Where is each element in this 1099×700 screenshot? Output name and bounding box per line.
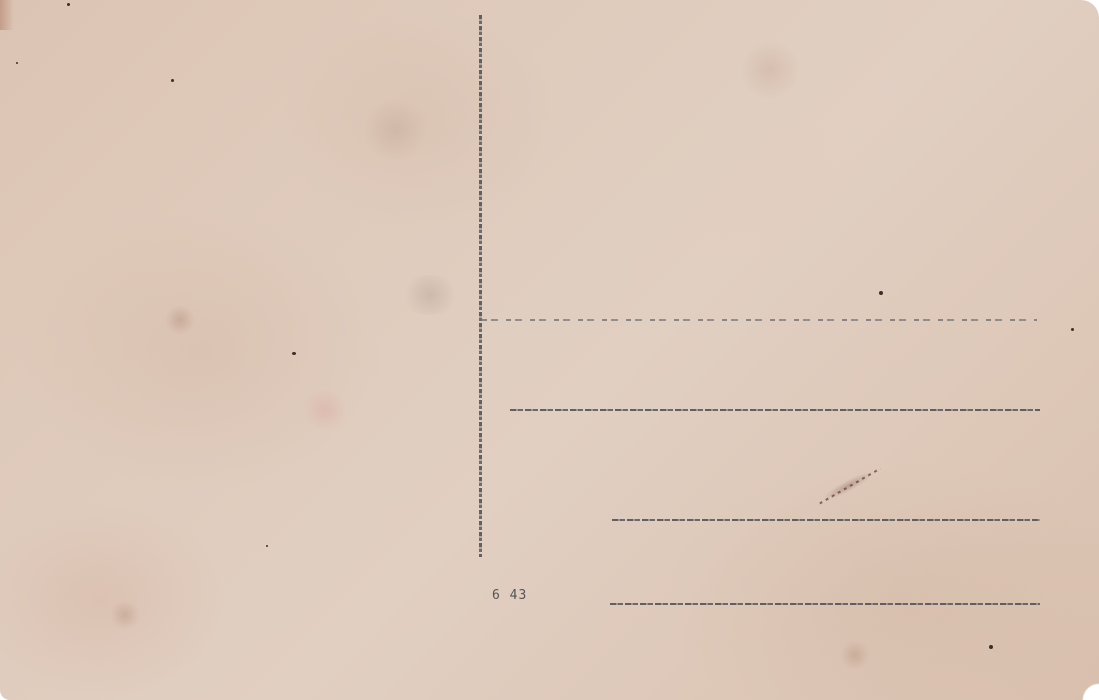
address-line-2 — [510, 409, 1040, 411]
speck — [67, 3, 70, 6]
speck — [292, 352, 296, 355]
corner-wear-top-left — [0, 0, 14, 30]
stain — [165, 305, 195, 335]
stain — [840, 640, 870, 670]
postcard-back: 6 43 — [0, 0, 1099, 700]
speck — [1071, 328, 1074, 331]
stain — [300, 390, 350, 430]
address-line-1 — [482, 319, 1037, 321]
stain — [740, 40, 800, 100]
corner-wear-bottom-right — [1075, 676, 1099, 700]
address-line-4 — [610, 603, 1040, 605]
stain — [400, 275, 460, 315]
speck — [16, 62, 18, 64]
speck — [879, 291, 883, 295]
speck — [266, 545, 268, 547]
stain — [360, 100, 430, 160]
print-number: 6 43 — [492, 588, 527, 603]
stain — [110, 600, 140, 630]
speck — [989, 645, 993, 649]
speck — [171, 79, 174, 82]
vertical-divider-line — [479, 15, 482, 557]
